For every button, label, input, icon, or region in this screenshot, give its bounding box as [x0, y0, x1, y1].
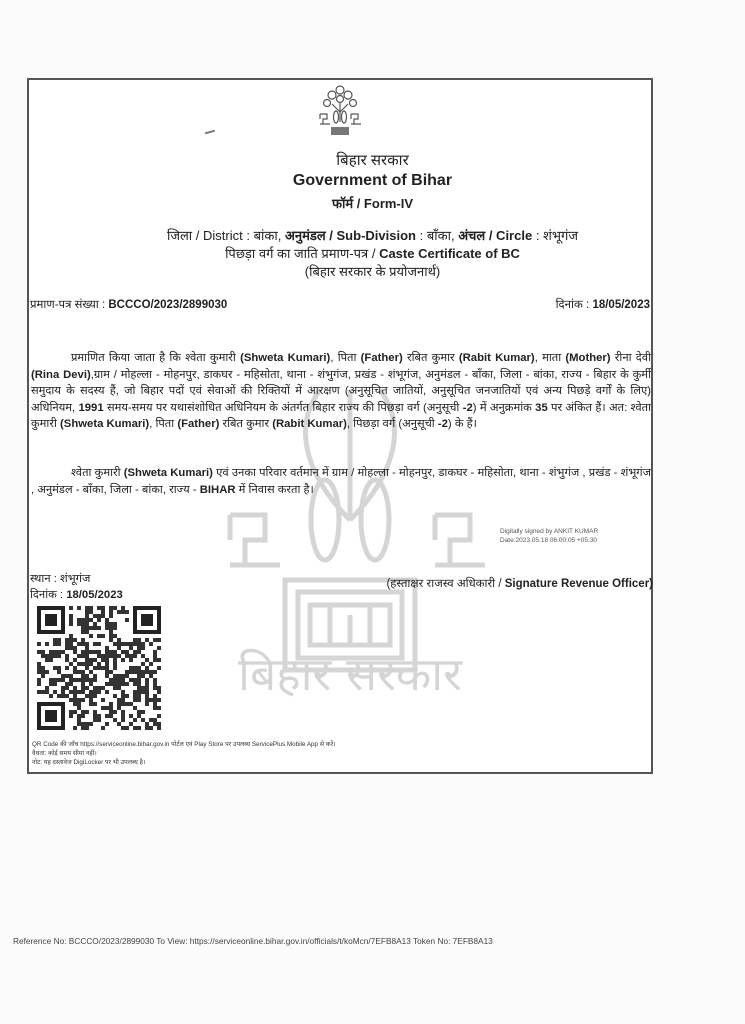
digital-signature: Digitally signed by ANKIT KUMAR Date:202…	[500, 527, 598, 545]
jurisdiction-line: जिला / District : बांका, अनुमंडल / Sub-D…	[0, 226, 745, 244]
signature-hindi: (हस्ताक्षर राजस्व अधिकारी /	[386, 578, 504, 590]
purpose: (बिहार सरकार के प्रयोजनार्थ)	[0, 262, 745, 280]
title-hindi: पिछड़ा वर्ग का जाति प्रमाण-पत्र	[225, 246, 368, 261]
certificate-body-paragraph-1: प्रमाणित किया जाता है कि श्वेता कुमारी (…	[31, 350, 651, 433]
district-label: जिला / District	[167, 228, 243, 243]
bihar-emblem-icon	[315, 82, 365, 138]
certificate-number-label: प्रमाण-पत्र संख्या :	[30, 299, 105, 311]
place-label: स्थान :	[30, 573, 57, 585]
certificate-number-value: BCCCO/2023/2899030	[108, 299, 227, 311]
date-value: 18/05/2023	[66, 589, 123, 601]
certificate-number: प्रमाण-पत्र संख्या : BCCCO/2023/2899030	[30, 297, 227, 312]
government-english: Government of Bihar	[0, 172, 745, 190]
signature-english: Signature Revenue Officer)	[505, 578, 653, 590]
circle-label: अंचल / Circle	[458, 228, 532, 243]
certificate-date-value: 18/05/2023	[592, 299, 650, 311]
certificate-title: पिछड़ा वर्ग का जाति प्रमाण-पत्र / Caste …	[0, 244, 745, 262]
subdivision-value: बाँका	[427, 228, 451, 243]
footnote-digilocker: नोट: यह दस्तावेज DigiLocker पर भी उपलब्ध…	[32, 758, 336, 767]
date-label: दिनांक :	[30, 589, 63, 601]
footnote-validity: वैधता: कोई समय सीमा नहीं।	[32, 749, 336, 758]
government-hindi: बिहार सरकार	[0, 150, 745, 170]
reference-line[interactable]: Reference No: BCCCO/2023/2899030 To View…	[13, 936, 493, 946]
footnote-qr-verify: QR Code की जाँच https://serviceonline.bi…	[32, 740, 336, 749]
footnotes: QR Code की जाँच https://serviceonline.bi…	[32, 740, 336, 767]
place-and-date: स्थान : शंभूगंज दिनांक : 18/05/2023	[30, 571, 123, 603]
district-value: बांका	[254, 228, 278, 243]
title-english: Caste Certificate of BC	[379, 246, 520, 261]
certificate-date-label: दिनांक :	[556, 299, 590, 311]
circle-value: शंभूगंज	[543, 228, 578, 243]
place-value: शंभूगंज	[60, 573, 90, 585]
signature-revenue-officer: (हस्ताक्षर राजस्व अधिकारी / Signature Re…	[386, 576, 653, 591]
certificate-body-paragraph-2: श्वेता कुमारी (Shweta Kumari) एवं उनका प…	[31, 465, 651, 498]
form-number: फॉर्म / Form-IV	[0, 194, 745, 212]
qr-code[interactable]	[37, 606, 161, 730]
digital-signature-signer: Digitally signed by ANKIT KUMAR	[500, 527, 598, 536]
certificate-date: दिनांक : 18/05/2023	[556, 297, 650, 312]
digital-signature-date: Date:2023.05.18 06:00:05 +05:30	[500, 536, 598, 545]
subdivision-label: अनुमंडल / Sub-Division	[285, 228, 416, 243]
